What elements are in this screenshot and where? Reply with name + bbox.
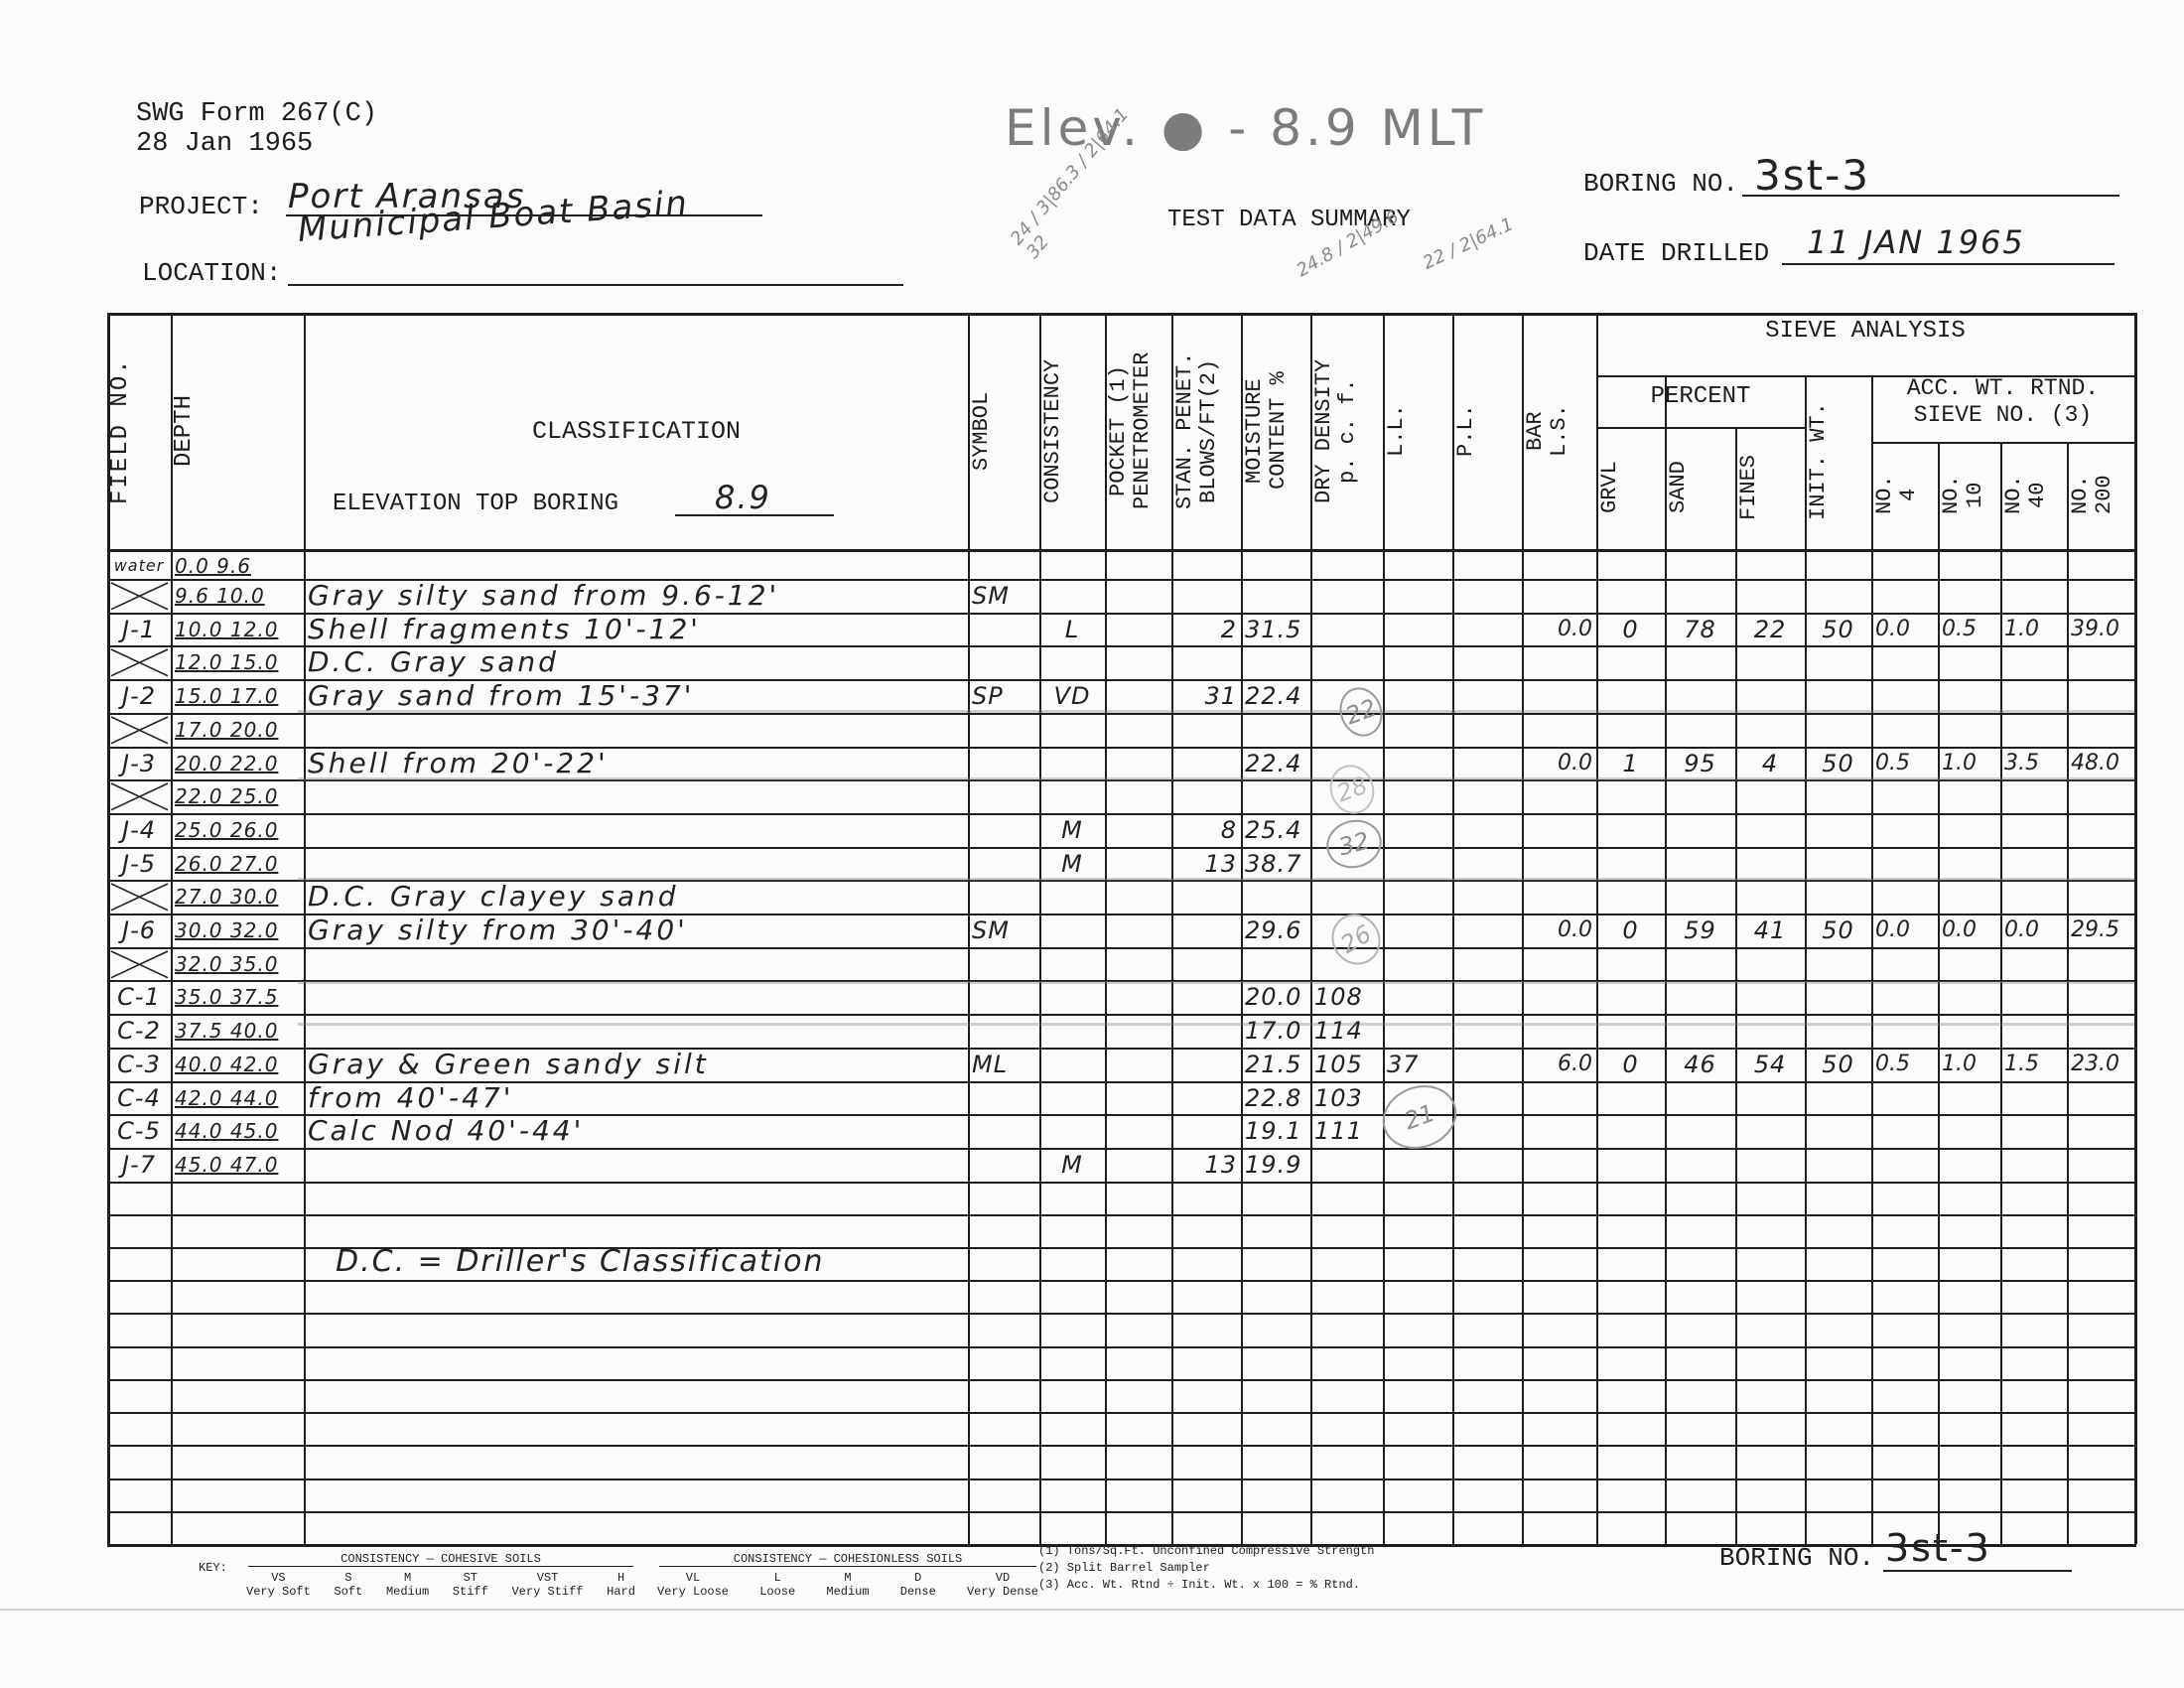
header-dry-density: DRY DENSITY p. c. f.	[1312, 316, 1381, 546]
cell-depth[interactable]: 45.0 47.0	[175, 1149, 300, 1181]
key-abbr: VS	[246, 1571, 311, 1585]
cell-n200[interactable]: 23.0	[2071, 1049, 2130, 1080]
cell-field[interactable]: J-2	[111, 680, 167, 712]
cell-grvl[interactable]: 0	[1600, 1049, 1661, 1080]
cell-depth[interactable]: 17.0 20.0	[175, 714, 300, 746]
cell-grvl[interactable]: 0	[1600, 914, 1661, 946]
cell-depth[interactable]: 22.0 25.0	[175, 780, 300, 812]
cell-depth[interactable]: 42.0 44.0	[175, 1082, 300, 1114]
cell-mc[interactable]: 20.0	[1245, 981, 1306, 1013]
cell-cls[interactable]: D.C. Gray clayey sand	[308, 881, 964, 913]
key-abbr: L	[759, 1571, 795, 1585]
cell-n10[interactable]: 1.0	[1942, 748, 1996, 779]
header-elev-top-label: ELEVATION TOP BORING	[333, 491, 618, 517]
key-cohesionless-title: CONSISTENCY — COHESIONLESS SOILS	[659, 1552, 1036, 1567]
cell-cons[interactable]: M	[1043, 1149, 1101, 1181]
key-label: KEY:	[199, 1561, 227, 1575]
header-no4: NO. 4	[1873, 444, 1936, 546]
key-abbr: VD	[967, 1571, 1038, 1585]
cell-depth[interactable]: 40.0 42.0	[175, 1049, 300, 1080]
grid-line	[107, 1346, 2136, 1348]
header-pocket-penetrometer: POCKET (1) PENETROMETER	[1107, 316, 1169, 546]
key-abbr: ST	[453, 1571, 488, 1585]
cell-fines[interactable]: 54	[1739, 1049, 1801, 1080]
skipped-sample-x-icon	[109, 882, 170, 913]
cell-mc[interactable]: 29.6	[1245, 914, 1306, 946]
cell-n40[interactable]: 3.5	[2004, 748, 2063, 779]
grid-line	[1938, 442, 1940, 1544]
cell-ll[interactable]: 37	[1387, 1049, 1448, 1080]
key-item: STStiff	[453, 1571, 488, 1599]
cell-mc[interactable]: 25.4	[1245, 814, 1306, 846]
key-name: Very Loose	[657, 1585, 729, 1599]
cell-field[interactable]: J-5	[111, 848, 167, 880]
key-abbr: VL	[657, 1571, 729, 1585]
skipped-sample-x-icon	[109, 647, 170, 678]
grid-line	[107, 1412, 2136, 1414]
header-no10: NO. 10	[1940, 444, 1998, 546]
key-item: VLVery Loose	[657, 1571, 729, 1599]
cell-sand[interactable]: 59	[1669, 914, 1731, 946]
header-pl: P.L.	[1454, 316, 1520, 546]
grid-line	[107, 1280, 2136, 1282]
header-classification: CLASSIFICATION	[304, 417, 969, 446]
key-name: Medium	[826, 1585, 869, 1599]
cell-fines[interactable]: 22	[1739, 614, 1801, 645]
cell-spt[interactable]: 8	[1175, 814, 1237, 846]
elev-top-field[interactable]: 8.9	[675, 487, 834, 516]
key-abbr: S	[334, 1571, 362, 1585]
cell-n40[interactable]: 1.5	[2004, 1049, 2063, 1080]
cell-mc[interactable]: 38.7	[1245, 848, 1306, 880]
cell-n4[interactable]: 0.5	[1875, 1049, 1934, 1080]
location-label: LOCATION:	[142, 258, 281, 288]
cell-cls[interactable]: Shell fragments 10'-12'	[308, 614, 964, 645]
grid-line	[107, 847, 2136, 849]
cell-field[interactable]: J-3	[111, 748, 167, 779]
grid-line	[107, 1148, 2136, 1150]
cell-sym[interactable]: SM	[972, 914, 1035, 946]
grid-line	[107, 813, 2136, 815]
cell-depth[interactable]: 30.0 32.0	[175, 914, 300, 946]
cell-depth[interactable]: 44.0 45.0	[175, 1115, 300, 1147]
key-name: Very Dense	[967, 1585, 1038, 1599]
cell-depth[interactable]: 15.0 17.0	[175, 680, 300, 712]
cell-cons[interactable]: M	[1043, 814, 1101, 846]
cell-cons[interactable]: M	[1043, 848, 1101, 880]
cell-dd[interactable]: 114	[1314, 1015, 1379, 1047]
key-item: LLoose	[759, 1571, 795, 1599]
skipped-sample-x-icon	[109, 581, 170, 612]
key-name: Very Stiff	[511, 1585, 583, 1599]
cell-cls[interactable]: Shell from 20'-22'	[308, 748, 964, 779]
date-label: DATE DRILLED	[1583, 238, 1769, 268]
cell-depth[interactable]: 27.0 30.0	[175, 881, 300, 913]
header-symbol: SYMBOL	[970, 316, 1037, 546]
key-cohesive-title: CONSISTENCY — COHESIVE SOILS	[248, 1552, 633, 1567]
cell-sand[interactable]: 95	[1669, 748, 1731, 779]
key-note-3: (3) Acc. Wt. Rtnd ÷ Init. Wt. x 100 = % …	[1038, 1578, 1360, 1592]
cell-mc[interactable]: 22.8	[1245, 1082, 1306, 1114]
cell-iw[interactable]: 50	[1809, 914, 1867, 946]
key-abbr: M	[386, 1571, 429, 1585]
cell-n10[interactable]: 0.5	[1942, 614, 1996, 645]
cell-cls[interactable]: Gray & Green sandy silt	[308, 1049, 964, 1080]
grid-line	[107, 1313, 2136, 1315]
cell-depth[interactable]: 10.0 12.0	[175, 614, 300, 645]
cell-bls[interactable]: 6.0	[1526, 1049, 1592, 1080]
header-field-no: FIELD NO.	[109, 316, 169, 546]
project-label: PROJECT:	[139, 192, 263, 221]
circled-mark: 26	[1322, 905, 1390, 973]
grid-line	[107, 549, 2136, 552]
cell-depth[interactable]: 32.0 35.0	[175, 948, 300, 980]
key-abbr: D	[900, 1571, 936, 1585]
date-field[interactable]: 11 JAN 1965	[1782, 223, 2115, 265]
grid-line	[2067, 442, 2069, 1544]
cell-mc[interactable]: 21.5	[1245, 1049, 1306, 1080]
cell-depth[interactable]: 26.0 27.0	[175, 848, 300, 880]
cell-spt[interactable]: 31	[1175, 680, 1237, 712]
key-cohesive-list: VSVery SoftSSoftMMediumSTStiffVSTVery St…	[246, 1571, 635, 1599]
key-item: VDVery Dense	[967, 1571, 1038, 1599]
key-name: Loose	[759, 1585, 795, 1599]
cell-field[interactable]: C-3	[111, 1049, 167, 1080]
location-field[interactable]	[288, 260, 903, 286]
cell-dd[interactable]: 103	[1314, 1082, 1379, 1114]
pencil-calc-3: 22 / 2|64.1	[1420, 213, 1517, 273]
cell-grvl[interactable]: 0	[1600, 614, 1661, 645]
key-item: HHard	[607, 1571, 635, 1599]
cell-mc[interactable]: 22.4	[1245, 748, 1306, 779]
key-abbr: VST	[511, 1571, 583, 1585]
cell-n200[interactable]: 39.0	[2071, 614, 2130, 645]
cell-sym[interactable]: SP	[972, 680, 1035, 712]
header-fines: FINES	[1737, 429, 1803, 546]
footer-boring-label: BORING NO.	[1719, 1543, 1874, 1573]
boring-value: 3st-3	[1754, 151, 1870, 200]
cell-n10[interactable]: 1.0	[1942, 1049, 1996, 1080]
cell-depth[interactable]: 37.5 40.0	[175, 1015, 300, 1047]
cell-mc[interactable]: 19.9	[1245, 1149, 1306, 1181]
header-bar-ls: BAR L.S.	[1524, 316, 1594, 546]
circled-mark: 21	[1374, 1075, 1466, 1159]
grid-line	[304, 313, 306, 1544]
cell-dd[interactable]: 111	[1314, 1115, 1379, 1147]
cell-cons[interactable]: L	[1043, 614, 1101, 645]
key-item: SSoft	[334, 1571, 362, 1599]
date-value: 11 JAN 1965	[1807, 223, 2025, 261]
header-grvl: GRVL	[1598, 429, 1663, 546]
header-sand: SAND	[1667, 429, 1733, 546]
skipped-sample-x-icon	[109, 781, 170, 812]
circled-mark: 22	[1333, 681, 1390, 742]
cell-spt[interactable]: 2	[1175, 614, 1237, 645]
header-acc-wt: ACC. WT. RTND. SIEVE NO. (3)	[1871, 375, 2134, 429]
key-cohesionless-list: VLVery LooseLLooseMMediumDDenseVDVery De…	[657, 1571, 1038, 1599]
header-depth: DEPTH	[173, 316, 302, 546]
cell-field[interactable]: C-2	[111, 1015, 167, 1047]
cell-cls[interactable]: Gray silty sand from 9.6-12'	[308, 580, 964, 612]
key-abbr: H	[607, 1571, 635, 1585]
form-date: 28 Jan 1965	[136, 129, 313, 159]
key-item: MMedium	[386, 1571, 429, 1599]
cell-n40[interactable]: 1.0	[2004, 614, 2063, 645]
grid-line	[107, 947, 2136, 949]
cell-field[interactable]: C-4	[111, 1082, 167, 1114]
header-sieve-analysis: SIEVE ANALYSIS	[1596, 318, 2134, 345]
cell-depth[interactable]: 35.0 37.5	[175, 981, 300, 1013]
key-name: Dense	[900, 1585, 936, 1599]
cell-sand[interactable]: 78	[1669, 614, 1731, 645]
key-item: VSTVery Stiff	[511, 1571, 583, 1599]
header-ll: L.L.	[1385, 316, 1450, 546]
key-item: MMedium	[826, 1571, 869, 1599]
key-name: Very Soft	[246, 1585, 311, 1599]
cell-n4[interactable]: 0.0	[1875, 614, 1934, 645]
cell-spt[interactable]: 13	[1175, 848, 1237, 880]
boring-field[interactable]: 3st-3	[1742, 149, 2119, 197]
header-no200: NO. 200	[2069, 444, 2132, 546]
circled-mark: 28	[1323, 759, 1381, 820]
grid-line	[107, 1182, 2136, 1184]
cell-sym[interactable]: ML	[972, 1049, 1035, 1080]
grid-line	[1665, 375, 1667, 1544]
key-name: Hard	[607, 1585, 635, 1599]
cell-sand[interactable]: 46	[1669, 1049, 1731, 1080]
grid-line	[107, 1014, 2136, 1016]
header-stan-penet: STAN. PENET. BLOWS/FT(2)	[1173, 316, 1239, 546]
cell-fines[interactable]: 4	[1739, 748, 1801, 779]
grid-line	[2134, 313, 2137, 1544]
dc-note: D.C. = Driller's Classification	[336, 1244, 824, 1279]
header-consistency: CONSISTENCY	[1041, 316, 1103, 546]
grid-line	[107, 1214, 2136, 1216]
cell-field[interactable]: C-1	[111, 981, 167, 1013]
cell-n4[interactable]: 0.0	[1875, 914, 1934, 946]
cell-n40[interactable]: 0.0	[2004, 914, 2063, 946]
grid-line	[1735, 427, 1737, 1544]
grid-line	[107, 713, 2136, 715]
grid-line	[107, 779, 2136, 781]
cell-field[interactable]: water	[111, 550, 167, 582]
key-name: Medium	[386, 1585, 429, 1599]
cell-n200[interactable]: 29.5	[2071, 914, 2130, 946]
key-name: Soft	[334, 1585, 362, 1599]
form-id: SWG Form 267(C)	[136, 99, 377, 129]
cell-bls[interactable]: 0.0	[1526, 614, 1592, 645]
key-item: VSVery Soft	[246, 1571, 311, 1599]
cell-mc[interactable]: 17.0	[1245, 1015, 1306, 1047]
grid-line	[107, 1379, 2136, 1381]
cell-n10[interactable]: 0.0	[1942, 914, 1996, 946]
cell-depth[interactable]: 25.0 26.0	[175, 814, 300, 846]
cell-depth[interactable]: 0.0 9.6	[175, 550, 300, 582]
cell-field[interactable]: C-5	[111, 1115, 167, 1147]
cell-field[interactable]: J-1	[111, 614, 167, 645]
cell-cls[interactable]: D.C. Gray sand	[308, 646, 964, 678]
grid-line	[2000, 442, 2002, 1544]
boring-label: BORING NO.	[1583, 169, 1738, 199]
skipped-sample-x-icon	[109, 949, 170, 980]
cell-mc[interactable]: 22.4	[1245, 680, 1306, 712]
cell-field[interactable]: J-6	[111, 914, 167, 946]
cell-fines[interactable]: 41	[1739, 914, 1801, 946]
cell-iw[interactable]: 50	[1809, 1049, 1867, 1080]
cell-iw[interactable]: 50	[1809, 748, 1867, 779]
grid-line	[1871, 375, 1873, 1544]
pencil-stroke	[298, 1023, 2134, 1026]
cell-sym[interactable]: SM	[972, 580, 1035, 612]
cell-n4[interactable]: 0.5	[1875, 748, 1934, 779]
cell-cls[interactable]: Gray silty from 30'-40'	[308, 914, 964, 946]
header-init-wt: INIT. WT.	[1807, 377, 1869, 546]
cell-cons[interactable]: VD	[1043, 680, 1101, 712]
cell-bls[interactable]: 0.0	[1526, 748, 1592, 779]
cell-mc[interactable]: 31.5	[1245, 614, 1306, 645]
cell-iw[interactable]: 50	[1809, 614, 1867, 645]
cell-depth[interactable]: 20.0 22.0	[175, 748, 300, 779]
key-note-2: (2) Split Barrel Sampler	[1038, 1561, 1210, 1575]
key-note-1: (1) Tons/Sq.Ft. Unconfined Compressive S…	[1038, 1544, 1374, 1558]
header-percent: PERCENT	[1596, 383, 1805, 410]
cell-spt[interactable]: 13	[1175, 1149, 1237, 1181]
key-item: DDense	[900, 1571, 936, 1599]
circled-mark: 32	[1321, 814, 1388, 875]
elev-top-value: 8.9	[715, 479, 771, 516]
grid-line	[107, 1445, 2136, 1447]
cell-n200[interactable]: 48.0	[2071, 748, 2130, 779]
elevation-note: Elev. ● - 8.9 MLT	[1005, 99, 1486, 157]
cell-bls[interactable]: 0.0	[1526, 914, 1592, 946]
grid-line	[107, 1511, 2136, 1513]
grid-line	[107, 980, 2136, 982]
cell-cls[interactable]: Gray sand from 15'-37'	[308, 680, 964, 712]
cell-field[interactable]: J-4	[111, 814, 167, 846]
header-no40: NO. 40	[2002, 444, 2065, 546]
cell-cls[interactable]: from 40'-47'	[308, 1082, 964, 1114]
footer-boring-field[interactable]: 3st-3	[1883, 1526, 2072, 1572]
cell-grvl[interactable]: 1	[1600, 748, 1661, 779]
header-moisture: MOISTURE CONTENT %	[1243, 316, 1308, 546]
cell-dd[interactable]: 105	[1314, 1049, 1379, 1080]
cell-field[interactable]: J-7	[111, 1149, 167, 1181]
cell-cls[interactable]: Calc Nod 40'-44'	[308, 1115, 964, 1147]
footer-boring-value: 3st-3	[1885, 1526, 1991, 1570]
grid-line	[1805, 375, 1807, 1544]
key-name: Stiff	[453, 1585, 488, 1599]
skipped-sample-x-icon	[109, 715, 170, 746]
pencil-stroke	[298, 981, 2134, 984]
cell-mc[interactable]: 19.1	[1245, 1115, 1306, 1147]
cell-depth[interactable]: 9.6 10.0	[175, 580, 300, 612]
key-abbr: M	[826, 1571, 869, 1585]
grid-line	[107, 1478, 2136, 1480]
cell-depth[interactable]: 12.0 15.0	[175, 646, 300, 678]
page-bottom-edge	[0, 1609, 2184, 1611]
cell-dd[interactable]: 108	[1314, 981, 1379, 1013]
